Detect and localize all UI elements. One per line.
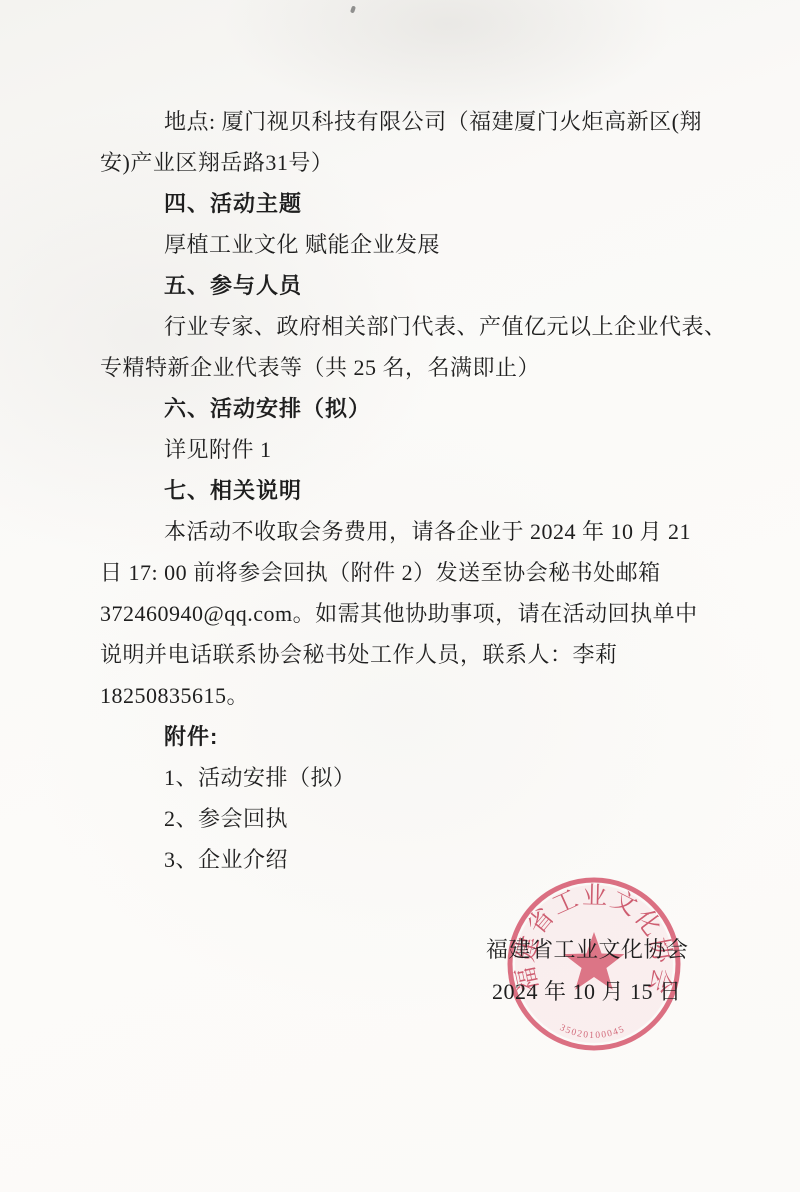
section-heading: 四、活动主题 — [100, 183, 716, 224]
document-line: 详见附件 1 — [100, 429, 716, 470]
scanned-document-page: 地点: 厦门视贝科技有限公司（福建厦门火炬高新区(翔 安)产业区翔岳路31号） … — [0, 0, 800, 1192]
document-body: 地点: 厦门视贝科技有限公司（福建厦门火炬高新区(翔 安)产业区翔岳路31号） … — [100, 101, 716, 880]
document-line: 行业专家、政府相关部门代表、产值亿元以上企业代表、 — [100, 306, 716, 347]
document-line: 地点: 厦门视贝科技有限公司（福建厦门火炬高新区(翔 — [100, 101, 716, 142]
scan-artifact-speck — [350, 6, 356, 14]
document-line: 说明并电话联系协会秘书处工作人员，联系人：李莉 — [100, 634, 716, 675]
signature-organization: 福建省工业文化协会 — [486, 929, 689, 970]
attachment-item: 2、参会回执 — [100, 798, 716, 839]
document-line: 厚植工业文化 赋能企业发展 — [100, 224, 716, 265]
document-line: 专精特新企业代表等（共 25 名，名满即止） — [100, 347, 716, 388]
document-line: 日 17: 00 前将参会回执（附件 2）发送至协会秘书处邮箱 — [100, 552, 716, 593]
signature-date: 2024 年 10 月 15 日 — [492, 971, 682, 1012]
section-heading: 六、活动安排（拟） — [100, 388, 716, 429]
attachments-heading: 附件: — [100, 716, 716, 757]
document-line: 18250835615。 — [100, 675, 716, 716]
document-line: 372460940@qq.com。如需其他协助事项，请在活动回执单中 — [100, 593, 716, 634]
document-line: 本活动不收取会务费用，请各企业于 2024 年 10 月 21 — [100, 511, 716, 552]
section-heading: 七、相关说明 — [100, 470, 716, 511]
section-heading: 五、参与人员 — [100, 265, 716, 306]
document-line: 安)产业区翔岳路31号） — [100, 142, 716, 183]
attachment-item: 1、活动安排（拟） — [100, 757, 716, 798]
